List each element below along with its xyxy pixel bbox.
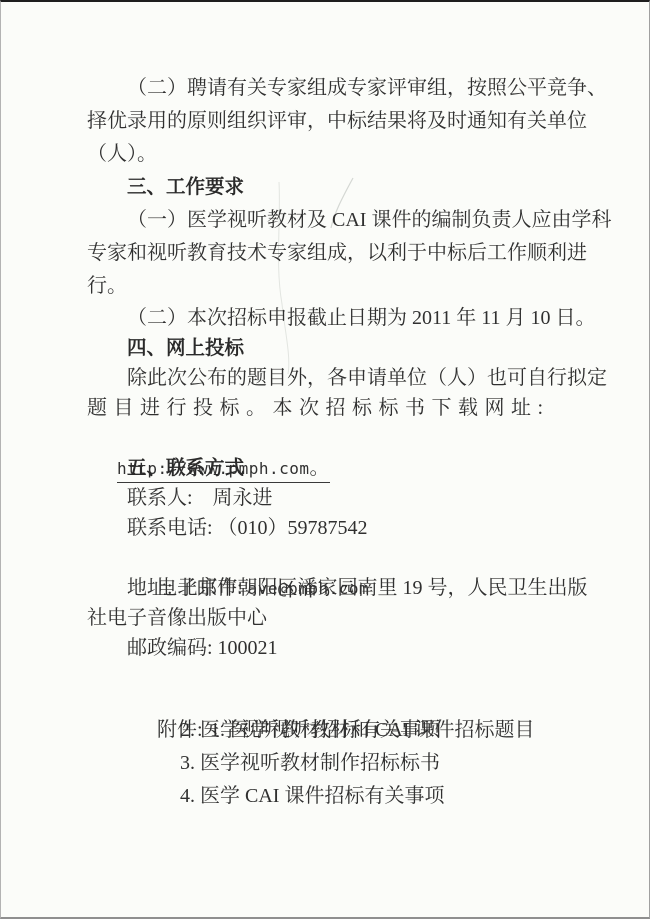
section-3-para-2: （二）本次招标申报截止日期为 2011 年 11 月 10 日。 xyxy=(87,303,568,333)
para-review-line-3: （人）。 xyxy=(87,138,568,171)
contact-email-line: 电子邮件: ave@pmph.com xyxy=(87,543,568,573)
section-gap xyxy=(87,663,568,681)
download-url-period: 。 xyxy=(310,457,330,479)
address-line-2: 社电子音像出版中心 xyxy=(87,603,568,633)
postcode-line: 邮政编码: 100021 xyxy=(87,633,568,663)
section-3-heading: 三、工作要求 xyxy=(87,171,568,204)
attachment-item-4: 4. 医学 CAI 课件招标有关事项 xyxy=(87,780,568,813)
attachment-item-3: 3. 医学视听教材制作招标标书 xyxy=(87,747,568,780)
para-review-line-2: 择优录用的原则组织评审，中标结果将及时通知有关单位 xyxy=(87,105,568,138)
download-url-line: http://www.pmph.com。 xyxy=(87,423,568,453)
attachments-row-1: 附件:1. 医学视听教材和 CAI 课件招标题目 xyxy=(87,681,568,714)
section-3-para-1-line-1: （一）医学视听教材及 CAI 课件的编制负责人应由学科 xyxy=(87,204,568,237)
document-body: （二）聘请有关专家组成专家评审组，按照公平竞争、 择优录用的原则组织评审，中标结… xyxy=(87,72,568,813)
contact-phone-line: 联系电话: （010）59787542 xyxy=(87,513,568,543)
para-review-line-1: （二）聘请有关专家组成专家评审组，按照公平竞争、 xyxy=(87,72,568,105)
section-4-para-line-1: 除此次公布的题目外，各申请单位（人）也可自行拟定 xyxy=(87,363,568,393)
section-4-heading: 四、网上投标 xyxy=(87,333,568,363)
section-4-para-line-2: 题目进行投标。本次招标标书下载网址: xyxy=(87,393,568,423)
section-3-para-1-line-2: 专家和视听教育技术专家组成，以利于中标后工作顺利进 xyxy=(87,237,568,270)
section-3-para-1-line-3: 行。 xyxy=(87,270,568,303)
contact-person-line: 联系人: 周永进 xyxy=(87,483,568,513)
scanned-document-page: （二）聘请有关专家组成专家评审组，按照公平竞争、 择优录用的原则组织评审，中标结… xyxy=(0,0,650,919)
address-line-1: 地址: 北京市朝阳区潘家园南里 19 号，人民卫生出版 xyxy=(87,573,568,603)
